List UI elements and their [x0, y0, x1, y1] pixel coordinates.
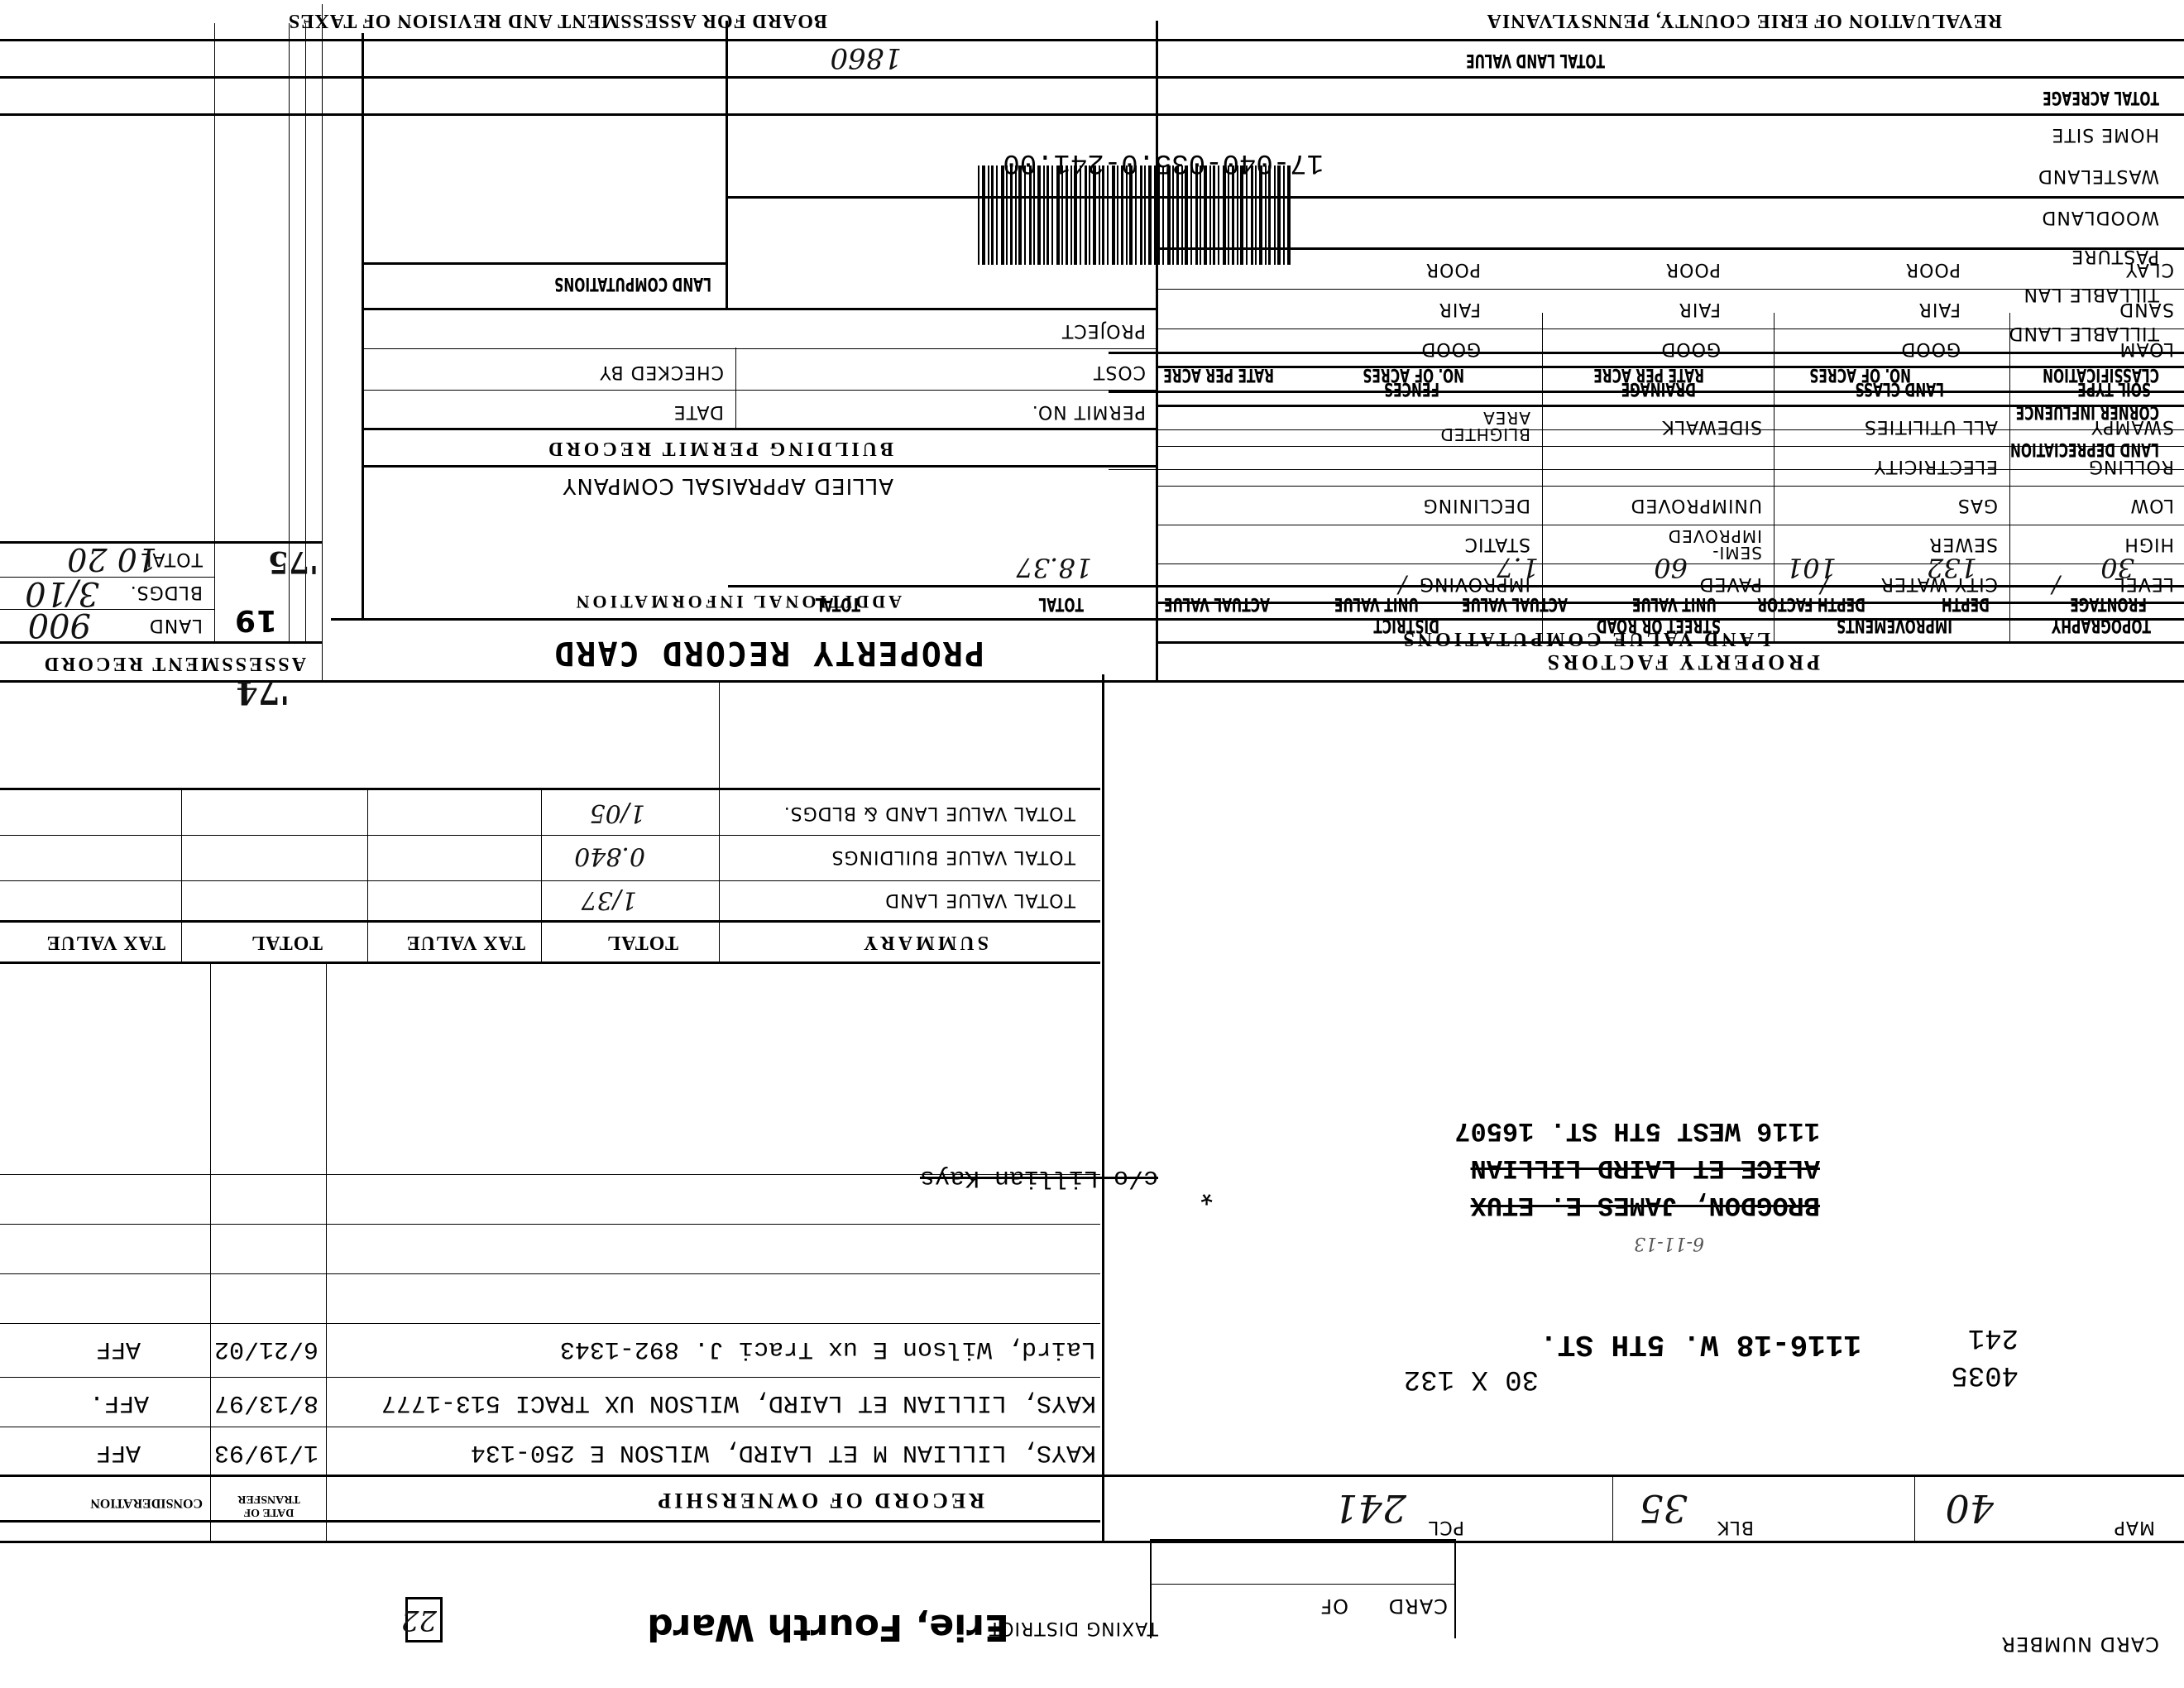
- land-depreciation-label: LAND DEPRECIATION: [2010, 439, 2159, 459]
- land-header-frontage: FRONTAGE: [2070, 593, 2147, 614]
- summary-total-header-1: TOTAL: [606, 931, 678, 953]
- land-actual-value: 1.7: [1497, 552, 1539, 583]
- consideration-header: CONSIDERATION: [90, 1495, 203, 1510]
- project-label: PROJECT: [1061, 320, 1146, 341]
- land-class-fair[interactable]: FAIR: [1918, 299, 1961, 319]
- owner-row-3: Laird, Wilson E ux Traci J. 892-1343: [560, 1335, 1096, 1363]
- care-of: c/o Lillian Kays: [920, 1163, 1158, 1192]
- summary-row-total-label: TOTAL VALUE LAND & BLDGS.: [783, 803, 1075, 823]
- classification-tillable-land: TILLABLE LAND: [2009, 323, 2159, 343]
- total-land-value-handwritten: 1860: [830, 41, 902, 74]
- date-row-1: 1/19/93: [214, 1438, 318, 1466]
- ownership-title: RECORD OF OWNERSHIP: [654, 1488, 984, 1513]
- previous-owner-line-2: ALICE ET LAIRD LILLIAN: [1471, 1153, 1820, 1183]
- assessment-year-prefix-1: 19: [234, 603, 277, 637]
- land-depth-factor-value: 101: [1786, 552, 1837, 583]
- land-class-good[interactable]: GOOD: [1900, 338, 1961, 359]
- barcode: [943, 165, 1291, 265]
- land-header-total-2: TOTAL: [815, 593, 860, 614]
- cost-label: COST: [1093, 362, 1146, 382]
- lot-dimensions: 30 X 132: [1404, 1363, 1539, 1394]
- board-title: BOARD FOR ASSESSMENT AND REVISION OF TAX…: [288, 9, 827, 31]
- factor-declining[interactable]: DECLINING: [1423, 495, 1530, 516]
- consideration-row-3: AFF: [96, 1335, 141, 1363]
- classification-tillable-lan: TILLABLE LAN: [2023, 284, 2159, 305]
- land-header-unit-value-2: UNIT VALUE: [1334, 593, 1419, 614]
- date-row-3: 6/21/02: [214, 1335, 318, 1363]
- property-record-card-title: PROPERTY RECORD CARD: [553, 634, 984, 672]
- lot-line-1: 4035: [1951, 1359, 2019, 1390]
- blk-value: 35: [1639, 1486, 1688, 1531]
- blk-label: BLK: [1717, 1517, 1754, 1537]
- land-header-unit-value-1: UNIT VALUE: [1632, 593, 1717, 614]
- card-number-label: CARD NUMBER: [2001, 1633, 2160, 1655]
- taxing-district-label: TAXING DISTRICT: [989, 1618, 1158, 1638]
- classification-wasteland: WASTELAND: [2038, 165, 2159, 186]
- property-address: 1116-18 W. 5TH ST.: [1540, 1327, 1861, 1361]
- acreage-header-no-acres-1: NO. OF ACRES: [1809, 364, 1911, 385]
- consideration-row-2: AFF.: [89, 1388, 149, 1417]
- land-value-computations-title: LAND VALUE COMPUTATIONS: [1400, 627, 1770, 650]
- consideration-row-1: AFF: [96, 1438, 141, 1466]
- assessment-record-title: ASSESSMENT RECORD: [42, 652, 306, 674]
- classification-home-site: HOME SITE: [2051, 124, 2159, 145]
- factor-unimproved[interactable]: UNIMPROVED: [1631, 495, 1762, 516]
- land-depth-value: 132: [1927, 552, 1977, 583]
- land-frontage-value: 30: [2100, 552, 2134, 583]
- classification-woodland: WOODLAND: [2041, 207, 2159, 228]
- fences-fair[interactable]: FAIR: [1439, 299, 1481, 319]
- fences-good[interactable]: GOOD: [1420, 338, 1481, 359]
- assessment-year-handwritten-1: '75: [268, 544, 318, 579]
- assessment-stamp-1: '74: [236, 674, 290, 712]
- land-header-depth-factor: DEPTH FACTOR: [1757, 593, 1865, 614]
- property-factors-title: PROPERTY FACTORS: [1545, 650, 1820, 674]
- permit-no-label: PERMIT NO.: [1032, 401, 1146, 422]
- mailing-address: 1116 WEST 5TH ST. 16507: [1454, 1115, 1820, 1146]
- summary-row-land-label: TOTAL VALUE LAND: [884, 890, 1075, 910]
- previous-owner-line-1: BROGDON, JAMES E. ETUX: [1471, 1190, 1820, 1220]
- summary-tax-value-header-2: TAX VALUE: [46, 931, 165, 953]
- card-label: CARD: [1388, 1594, 1448, 1618]
- total-land-value-label: TOTAL LAND VALUE: [1466, 50, 1605, 70]
- checked-by-label: CHECKED BY: [599, 362, 724, 382]
- factor-all-utilities[interactable]: ALL UTILITIES: [1864, 416, 1998, 437]
- handwritten-date-note: 6-11-13: [1634, 1233, 1704, 1254]
- map-value: 40: [1945, 1486, 1994, 1531]
- acreage-header-no-acres-2: NO. OF ACRES: [1363, 364, 1464, 385]
- factor-gas[interactable]: GAS: [1957, 495, 1998, 516]
- total-acreage-label: TOTAL ACREAGE: [2043, 87, 2159, 108]
- assessment-total-value-1: 10 20: [67, 541, 157, 578]
- summary-total-header-2: TOTAL: [251, 931, 323, 953]
- lot-line-2: 241: [1968, 1321, 2019, 1353]
- permit-date-label: DATE: [673, 401, 724, 422]
- card-of-box[interactable]: [1150, 1539, 1456, 1638]
- pcl-value: 241: [1334, 1486, 1406, 1531]
- land-header-total-1: TOTAL: [1038, 593, 1084, 614]
- factor-paved[interactable]: PAVED: [1699, 573, 1762, 594]
- land-unit-value: 60: [1654, 552, 1688, 583]
- map-label: MAP: [2114, 1517, 2155, 1537]
- corner-influence-label: CORNER INFLUENCE: [2016, 401, 2159, 422]
- revaluation-title: REVALUATION OF ERIE COUNTY, PENNSYLVANIA: [1487, 9, 2002, 31]
- summary-tax-value-header-1: TAX VALUE: [406, 931, 525, 953]
- building-permit-title: BUILDING PERMIT RECORD: [545, 437, 893, 459]
- summary-row-buildings-label: TOTAL VALUE BUILDINGS: [831, 846, 1075, 867]
- assessment-bldgs-value-1: 3/10: [25, 574, 99, 612]
- owner-row-1: KAYS, LILLIAN M ET LAIRD, WILSON E 250-1…: [471, 1438, 1096, 1466]
- assessment-bldgs-label-1: BLDGS.: [130, 582, 203, 602]
- box-number: 22: [405, 1597, 443, 1642]
- date-row-2: 8/13/97: [214, 1388, 318, 1417]
- drainage-good[interactable]: GOOD: [1660, 338, 1721, 359]
- assessment-land-label-1: LAND: [149, 615, 203, 635]
- acreage-header-rate-1: RATE PER ACRE: [1593, 364, 1704, 385]
- fences-poor[interactable]: POOR: [1425, 259, 1481, 280]
- land-header-actual-value-1: ACTUAL VALUE: [1462, 593, 1568, 614]
- asterisk-mark: *: [1197, 1172, 1216, 1208]
- appraiser-name: ALLIED APPRAISAL COMPANY: [563, 473, 893, 498]
- property-record-card: CARD NUMBER CARD OF TAXING DISTRICT Erie…: [0, 0, 2184, 1688]
- factor-sidewalk[interactable]: SIDEWALK: [1661, 416, 1762, 437]
- acreage-header-rate-2: RATE PER ACRE: [1163, 364, 1274, 385]
- land-header-actual-value-2: ACTUAL VALUE: [1164, 593, 1270, 614]
- land-header-depth: DEPTH: [1942, 593, 1990, 614]
- drainage-poor[interactable]: POOR: [1665, 259, 1721, 280]
- taxing-district-value: Erie, Fourth Ward: [647, 1606, 1009, 1648]
- summary-row-total-total: 1/05: [590, 798, 645, 827]
- owner-row-2: KAYS, LILLIAN ET LAIRD, WILSON UX TRACI …: [381, 1388, 1096, 1417]
- summary-title: SUMMARY: [860, 931, 989, 953]
- factor-blighted-area[interactable]: BLIGHTED AREA: [1406, 410, 1530, 443]
- summary-row-buildings-total: 0.840: [574, 842, 645, 870]
- pcl-label: PCL: [1428, 1517, 1464, 1537]
- acreage-header-classification: CLASSIFICATION: [2043, 364, 2159, 385]
- summary-row-land-total: 1/37: [582, 885, 637, 914]
- land-computations-label: LAND COMPUTATIONS: [554, 273, 711, 294]
- factor-electricity[interactable]: ELECTRICITY: [1874, 456, 1998, 477]
- classification-pasture: PASTURE: [2071, 246, 2159, 266]
- land-total-value: 18.37: [1016, 552, 1092, 583]
- land-class-poor[interactable]: POOR: [1905, 259, 1961, 280]
- of-label: OF: [1319, 1594, 1348, 1618]
- date-of-transfer-header: DATE OF TRANSFER: [219, 1492, 318, 1518]
- drainage-fair[interactable]: FAIR: [1679, 299, 1721, 319]
- factor-low[interactable]: LOW: [2129, 495, 2174, 516]
